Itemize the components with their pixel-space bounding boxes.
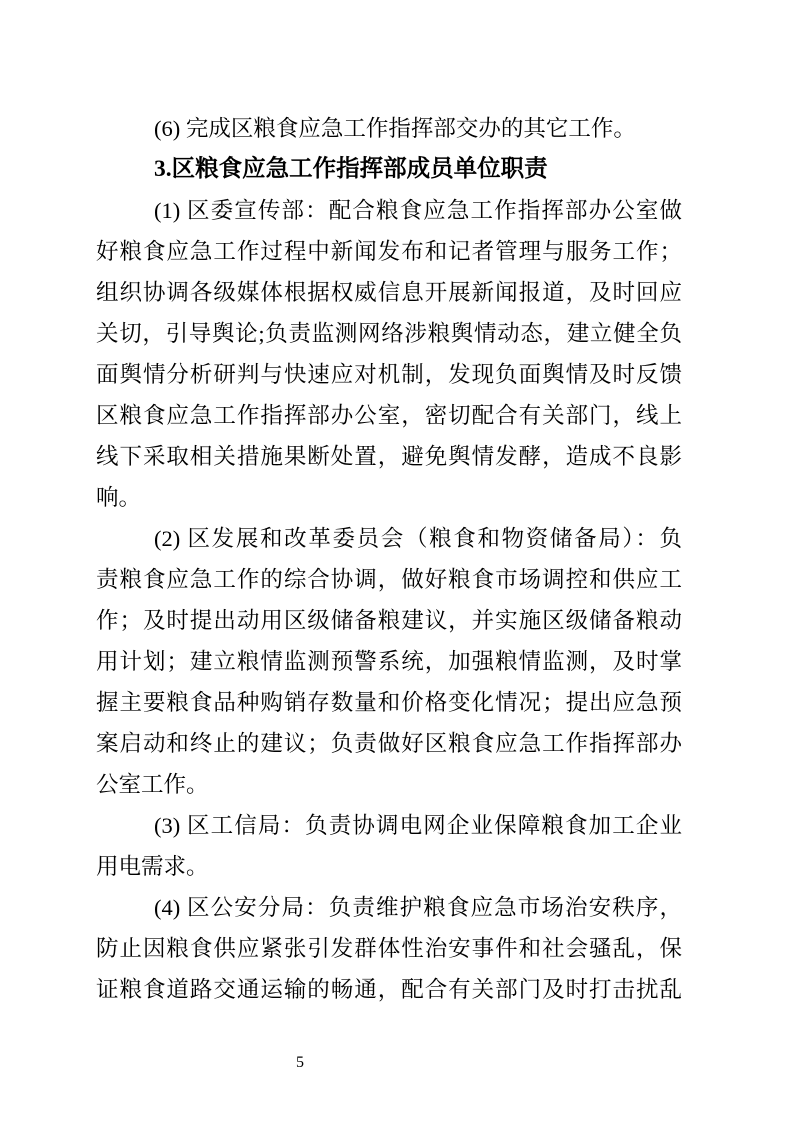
text-line: 好粮食应急工作过程中新闻发布和记者管理与服务工作；	[96, 231, 682, 272]
text-line: (3) 区工信局：负责协调电网企业保障粮食加工企业	[96, 805, 682, 846]
document-lines: (6) 完成区粮食应急工作指挥部交办的其它工作。3.区粮食应急工作指挥部成员单位…	[96, 108, 682, 1010]
text-line: 用计划；建立粮情监测预警系统，加强粮情监测，及时掌	[96, 641, 682, 682]
text-line: (2) 区发展和改革委员会（粮食和物资储备局）：负	[96, 518, 682, 559]
text-line: 用电需求。	[96, 846, 682, 887]
text-line: 区粮食应急工作指挥部办公室，密切配合有关部门，线上	[96, 395, 682, 436]
text-line: 面舆情分析研判与快速应对机制，发现负面舆情及时反馈	[96, 354, 682, 395]
text-line: (1) 区委宣传部：配合粮食应急工作指挥部办公室做	[96, 190, 682, 231]
text-line: 关切，引导舆论;负责监测网络涉粮舆情动态，建立健全负	[96, 313, 682, 354]
text-line: 公室工作。	[96, 764, 682, 805]
text-line: (4) 区公安分局：负责维护粮食应急市场治安秩序，	[96, 887, 682, 928]
page-number: 5	[296, 1053, 304, 1073]
text-line: 响。	[96, 477, 682, 518]
text-line: 案启动和终止的建议；负责做好区粮食应急工作指挥部办	[96, 723, 682, 764]
text-line: 握主要粮食品种购销存数量和价格变化情况；提出应急预	[96, 682, 682, 723]
section-heading: 3.区粮食应急工作指挥部成员单位职责	[96, 149, 682, 190]
text-line: (6) 完成区粮食应急工作指挥部交办的其它工作。	[96, 108, 682, 149]
text-line: 防止因粮食供应紧张引发群体性治安事件和社会骚乱，保	[96, 928, 682, 969]
document-page: (6) 完成区粮食应急工作指挥部交办的其它工作。3.区粮食应急工作指挥部成员单位…	[0, 0, 793, 1122]
text-line: 线下采取相关措施果断处置，避免舆情发酵，造成不良影	[96, 436, 682, 477]
text-line: 作；及时提出动用区级储备粮建议，并实施区级储备粮动	[96, 600, 682, 641]
text-line: 责粮食应急工作的综合协调，做好粮食市场调控和供应工	[96, 559, 682, 600]
text-line: 证粮食道路交通运输的畅通，配合有关部门及时打击扰乱	[96, 969, 682, 1010]
text-line: 组织协调各级媒体根据权威信息开展新闻报道，及时回应	[96, 272, 682, 313]
